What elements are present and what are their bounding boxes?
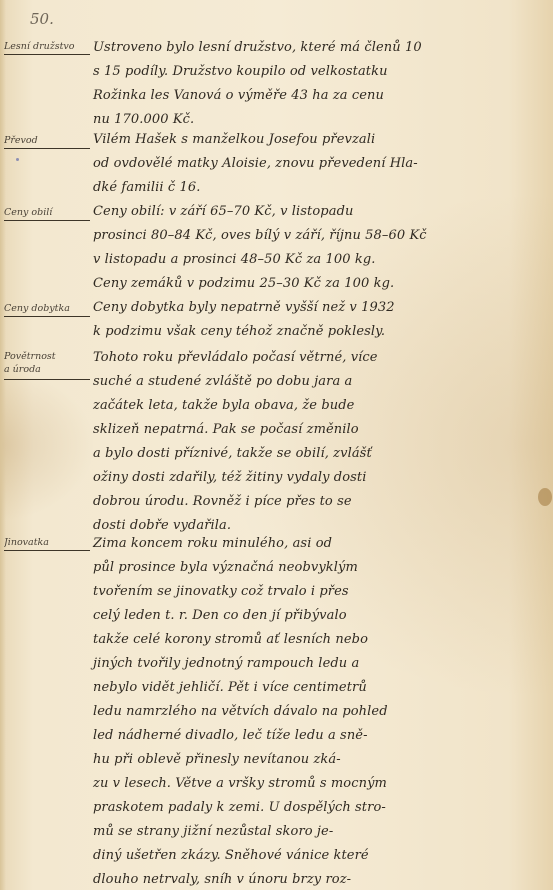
margin-label: Jinovatka [4, 536, 90, 551]
text-line: Tohoto roku převládalo počasí větrné, ví… [93, 346, 533, 370]
text-line: praskotem padaly k zemi. U dospělých str… [93, 796, 533, 820]
entry-text: Tohoto roku převládalo počasí větrné, ví… [93, 346, 533, 538]
margin-label: Ceny obilí [4, 206, 90, 221]
text-line: Ceny dobytka byly nepatrně vyšší než v 1… [93, 296, 533, 320]
margin-label-main: Povětrnost [4, 351, 56, 362]
margin-label: Ceny dobytka [4, 302, 90, 317]
margin-label: Povětrnost a úroda [4, 350, 90, 380]
text-line: tvořením se jinovatky což trvalo i přes [93, 580, 533, 604]
entry-text: Ustroveno bylo lesní družstvo, které má … [93, 36, 533, 132]
text-line: celý leden t. r. Den co den jí přibývalo [93, 604, 533, 628]
text-line: nebylo vidět jehličí. Pět i více centime… [93, 676, 533, 700]
text-line: hu při oblevě přinesly nevítanou zká- [93, 748, 533, 772]
text-line: jiných tvořily jednotný rampouch ledu a [93, 652, 533, 676]
text-line: s 15 podíly. Družstvo koupilo od velkost… [93, 60, 533, 84]
margin-label-sub: a úroda [4, 363, 90, 376]
text-line: půl prosince byla význačná neobvyklým [93, 556, 533, 580]
text-line: Ustroveno bylo lesní družstvo, které má … [93, 36, 533, 60]
margin-label: Převod [4, 134, 90, 149]
text-line: k podzimu však ceny téhož značně poklesl… [93, 320, 533, 344]
text-line: v listopadu a prosinci 48–50 Kč za 100 k… [93, 248, 533, 272]
page-number: 50. [30, 10, 54, 28]
text-line: a bylo dosti příznivé, takže se obilí, z… [93, 442, 533, 466]
text-line: Zima koncem roku minulého, asi od [93, 532, 533, 556]
text-line: takže celé korony stromů ať lesních nebo [93, 628, 533, 652]
margin-label: Lesní družstvo [4, 40, 90, 55]
text-line: Ceny zemáků v podzimu 25–30 Kč za 100 kg… [93, 272, 533, 296]
text-line: ožiny dosti zdařily, též žitiny vydaly d… [93, 466, 533, 490]
text-line: ledu namrzlého na větvích dávalo na pohl… [93, 700, 533, 724]
text-line: Rožinka les Vanová o výměře 43 ha za cen… [93, 84, 533, 108]
entry-text: Ceny dobytka byly nepatrně vyšší než v 1… [93, 296, 533, 344]
text-line: dké familii č 16. [93, 176, 533, 200]
text-line: Vilém Hašek s manželkou Josefou převzali [93, 128, 533, 152]
ink-dot [16, 158, 19, 161]
text-line: diný ušetřen zkázy. Sněhové vánice které [93, 844, 533, 868]
entry-text: Zima koncem roku minulého, asi od půl pr… [93, 532, 533, 890]
text-line: sklizeň nepatrná. Pak se počasí změnilo [93, 418, 533, 442]
text-line: zu v lesech. Větve a vršky stromů s mocn… [93, 772, 533, 796]
text-line: mů se strany jižní nezůstal skoro je- [93, 820, 533, 844]
entry-text: Vilém Hašek s manželkou Josefou převzali… [93, 128, 533, 200]
text-line: prosinci 80–84 Kč, oves bílý v září, říj… [93, 224, 533, 248]
chronicle-page: 50. Lesní družstvo Ustroveno bylo lesní … [0, 0, 553, 890]
text-line: od ovdovělé matky Aloisie, znovu převede… [93, 152, 533, 176]
paper-stain [538, 488, 552, 506]
text-line: Ceny obilí: v září 65–70 Kč, v listopadu [93, 200, 533, 224]
entry-text: Ceny obilí: v září 65–70 Kč, v listopadu… [93, 200, 533, 296]
text-line: led nádherné divadlo, leč tíže ledu a sn… [93, 724, 533, 748]
text-line: dlouho netrvaly, sníh v únoru brzy roz- [93, 868, 533, 890]
text-line: dobrou úrodu. Rovněž i píce přes to se [93, 490, 533, 514]
text-line: suché a studené zvláště po dobu jara a [93, 370, 533, 394]
text-line: začátek leta, takže byla obava, že bude [93, 394, 533, 418]
